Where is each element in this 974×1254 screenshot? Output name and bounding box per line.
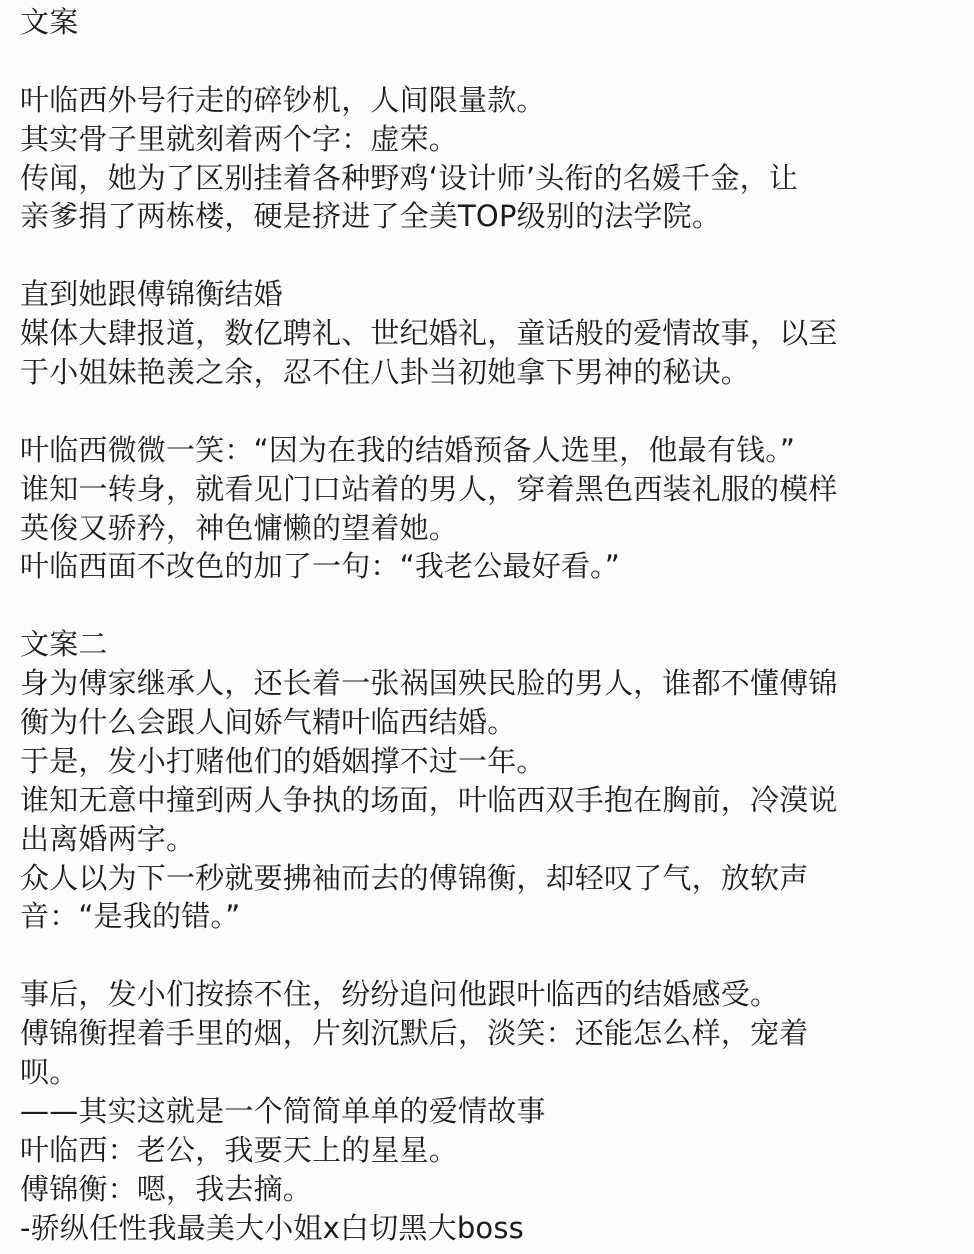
text-line: 众人以为下一秒就要拂袖而去的傅锦衡，却轻叹了气，放软声 bbox=[20, 859, 960, 898]
text-line: 事后，发小们按捺不住，纷纷追问他跟叶临西的结婚感受。 bbox=[20, 975, 960, 1014]
text-line: 傅锦衡：嗯，我去摘。 bbox=[20, 1170, 960, 1209]
text-line: 亲爹捐了两栋楼，硬是挤进了全美TOP级别的法学院。 bbox=[20, 197, 960, 236]
text-line: 媒体大肆报道，数亿聘礼、世纪婚礼，童话般的爱情故事，以至 bbox=[20, 314, 960, 353]
text-line: ——其实这就是一个简简单单的爱情故事 bbox=[20, 1092, 960, 1131]
text-line: 呗。 bbox=[20, 1053, 960, 1092]
text-line: 直到她跟傅锦衡结婚 bbox=[20, 275, 960, 314]
text-line: 叶临西外号行走的碎钞机，人间限量款。 bbox=[20, 81, 960, 120]
blank-line bbox=[20, 42, 960, 81]
text-line: 叶临西微微一笑：“因为在我的结婚预备人选里，他最有钱。” bbox=[20, 431, 960, 470]
blank-line bbox=[20, 936, 960, 975]
text-line: 衡为什么会跟人间娇气精叶临西结婚。 bbox=[20, 703, 960, 742]
text-line: 传闻，她为了区别挂着各种野鸡‘设计师’头衔的名媛千金，让 bbox=[20, 159, 960, 198]
text-line: 身为傅家继承人，还长着一张祸国殃民脸的男人，谁都不懂傅锦 bbox=[20, 664, 960, 703]
document-body: 文案 叶临西外号行走的碎钞机，人间限量款。 其实骨子里就刻着两个字：虚荣。 传闻… bbox=[20, 3, 960, 1248]
text-line: 音：“是我的错。” bbox=[20, 897, 960, 936]
text-line: 谁知一转身，就看见门口站着的男人，穿着黑色西装礼服的模样 bbox=[20, 470, 960, 509]
text-line: 傅锦衡捏着手里的烟，片刻沉默后，淡笑：还能怎么样，宠着 bbox=[20, 1014, 960, 1053]
blank-line bbox=[20, 392, 960, 431]
text-line: 叶临西：老公，我要天上的星星。 bbox=[20, 1131, 960, 1170]
text-line: 谁知无意中撞到两人争执的场面，叶临西双手抱在胸前，冷漠说 bbox=[20, 781, 960, 820]
text-line: 叶临西面不改色的加了一句：“我老公最好看。” bbox=[20, 547, 960, 586]
blank-line bbox=[20, 586, 960, 625]
section-heading: 文案 bbox=[20, 3, 960, 42]
text-line: 出离婚两字。 bbox=[20, 820, 960, 859]
blank-line bbox=[20, 236, 960, 275]
text-line: 于小姐妹艳羡之余，忍不住八卦当初她拿下男神的秘诀。 bbox=[20, 353, 960, 392]
text-line: 英俊又骄矜，神色慵懒的望着她。 bbox=[20, 509, 960, 548]
section-heading: 文案二 bbox=[20, 625, 960, 664]
text-line: -骄纵任性我最美大小姐x白切黑大boss bbox=[20, 1209, 960, 1248]
text-line: 其实骨子里就刻着两个字：虚荣。 bbox=[20, 120, 960, 159]
text-line: 于是，发小打赌他们的婚姻撑不过一年。 bbox=[20, 742, 960, 781]
